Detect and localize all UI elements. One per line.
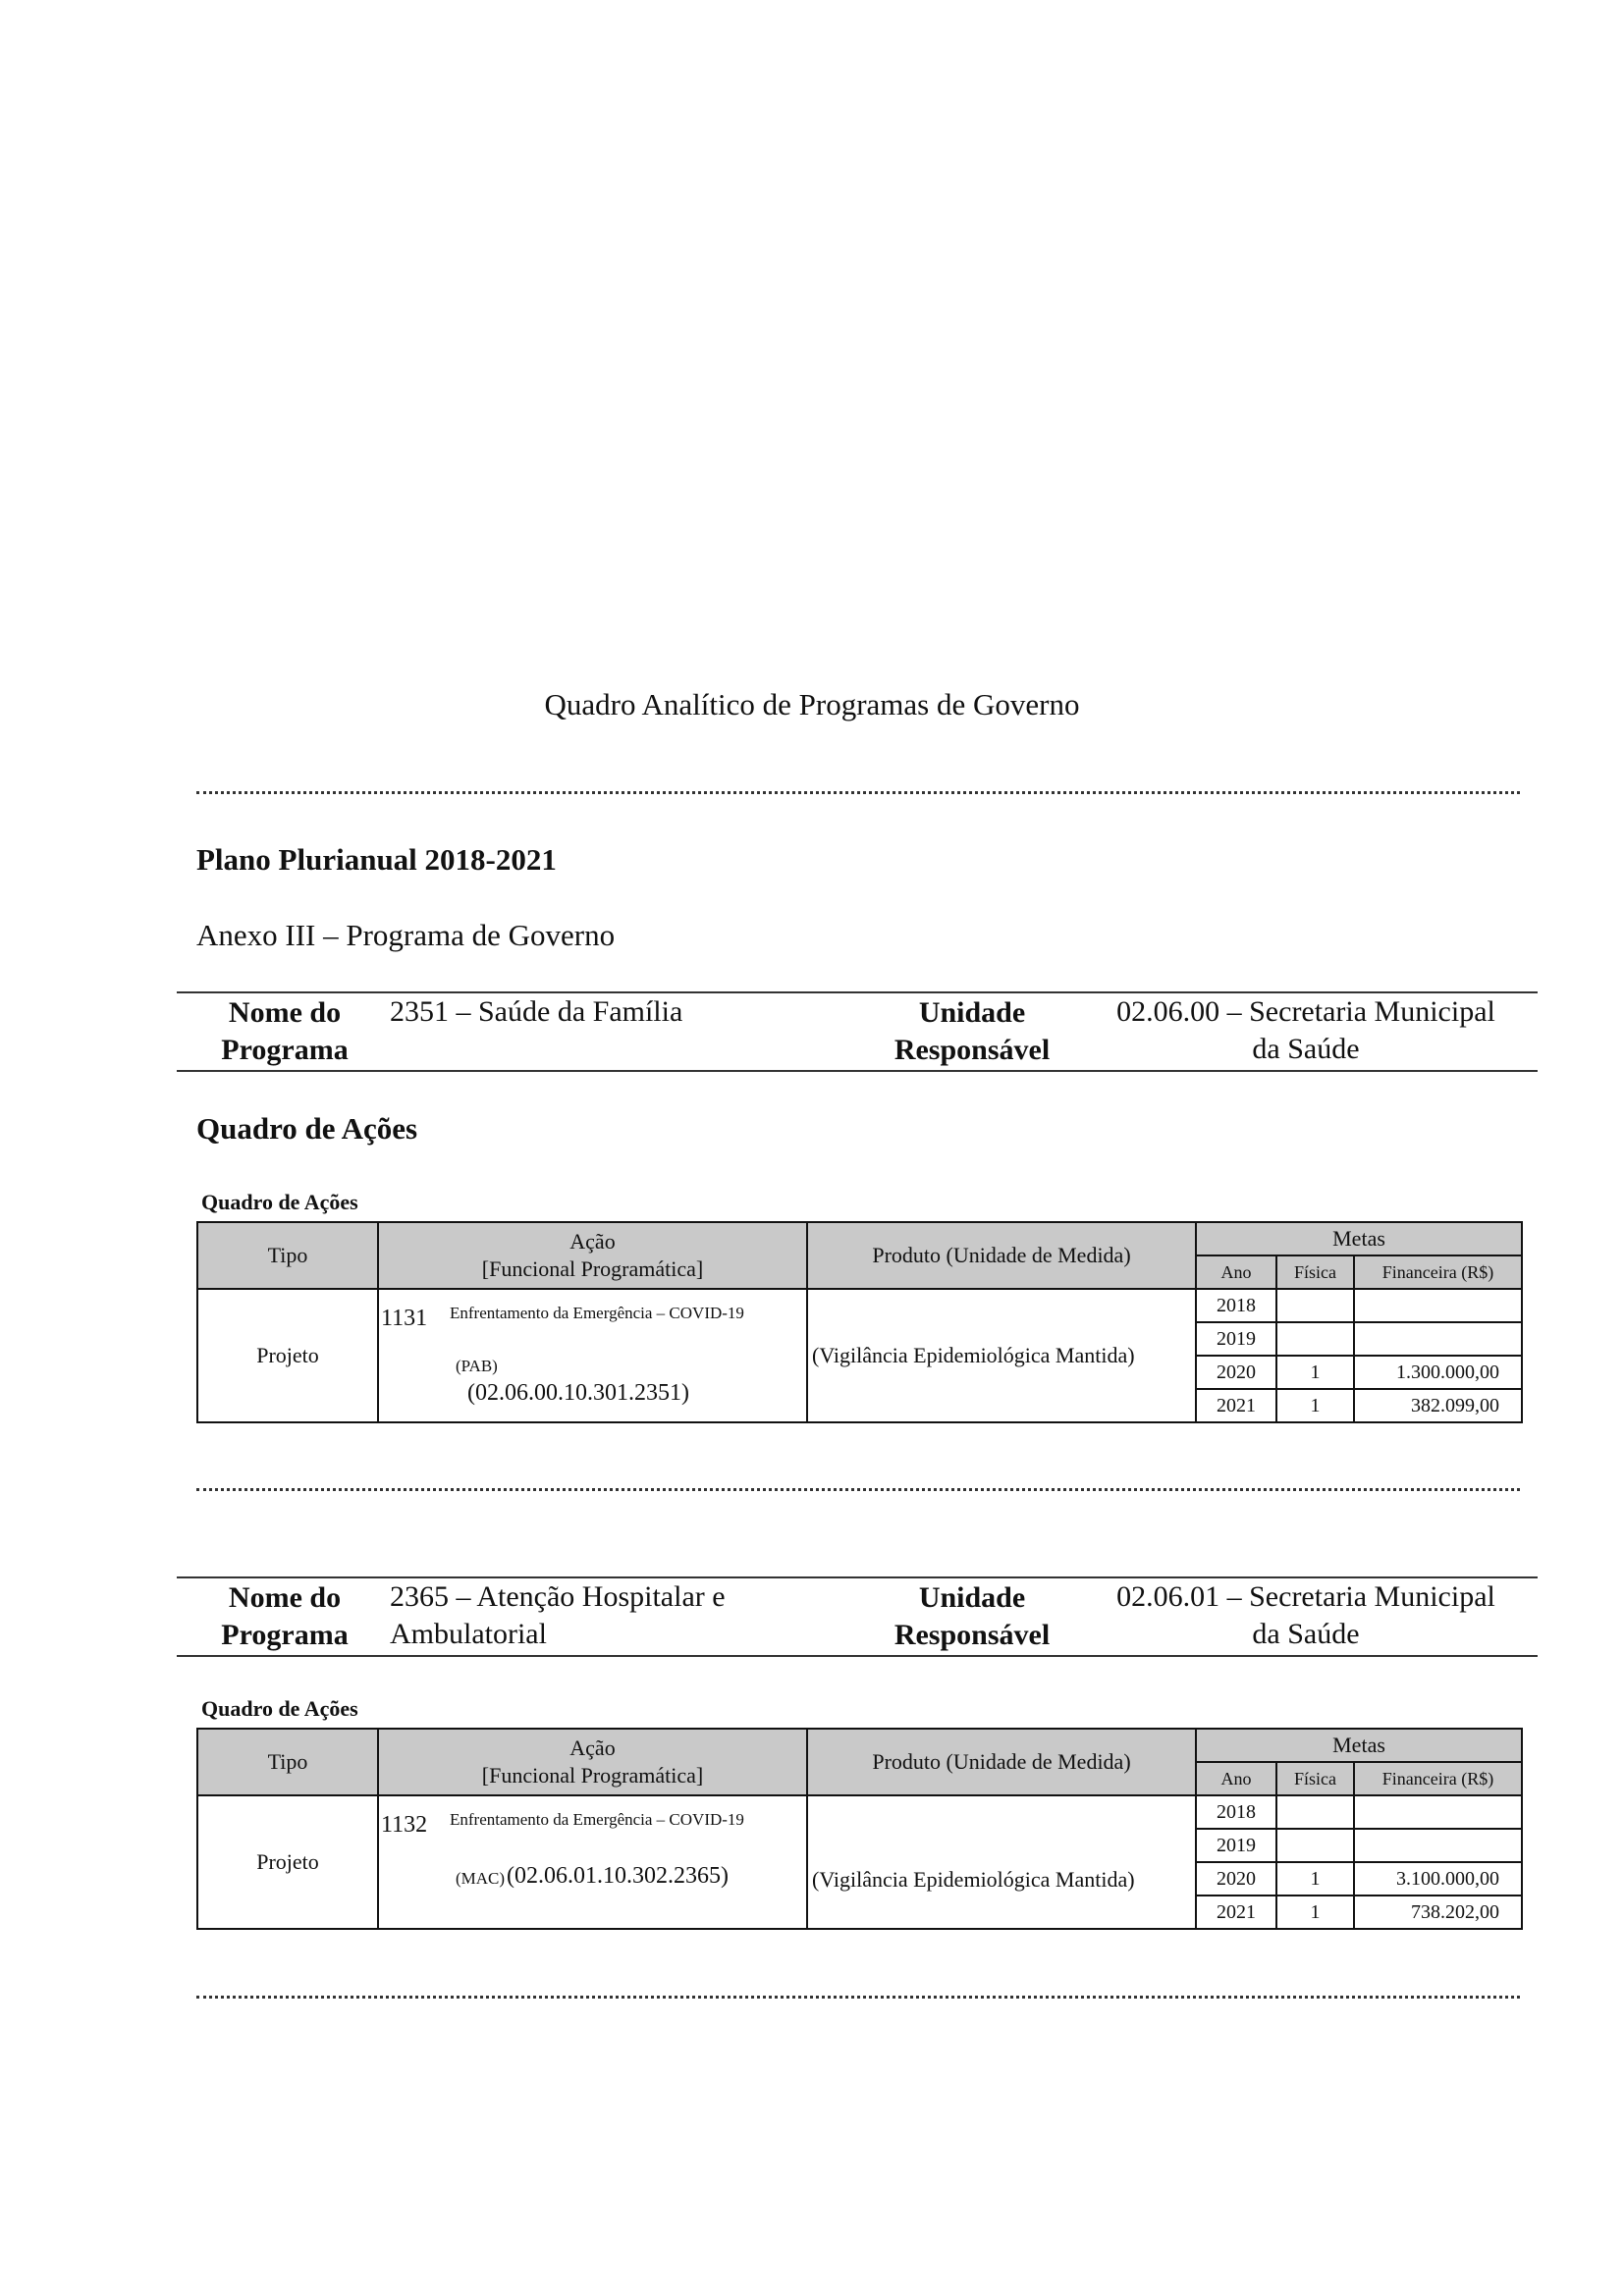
fisica-cell: 1 [1276, 1896, 1354, 1929]
program-header-1: Nome do Programa 2351 – Saúde da Família… [177, 991, 1538, 1072]
actions-table-2: Tipo Ação[Funcional Programática] Produt… [196, 1728, 1523, 1930]
col-metas: Metas [1196, 1222, 1522, 1255]
col-fisica: Física [1276, 1255, 1354, 1289]
col-tipo: Tipo [197, 1729, 378, 1795]
col-acao: Ação[Funcional Programática] [378, 1729, 807, 1795]
dotted-divider [196, 791, 1520, 794]
col-acao-line1: Ação [569, 1229, 615, 1254]
table-caption: Quadro de Ações [201, 1696, 358, 1722]
col-tipo: Tipo [197, 1222, 378, 1289]
financeira-cell [1354, 1795, 1522, 1829]
program-name-line: 2351 – Saúde da Família [390, 993, 682, 1031]
dotted-divider [196, 1996, 1520, 1999]
col-ano: Ano [1196, 1255, 1276, 1289]
fisica-cell: 1 [1276, 1356, 1354, 1389]
fisica-cell [1276, 1829, 1354, 1862]
produto-cell: (Vigilância Epidemiológica Mantida) [807, 1795, 1196, 1929]
label-line: Nome do [229, 1579, 341, 1617]
unit-line: da Saúde [1252, 1031, 1359, 1068]
action-code: 1132 [381, 1812, 427, 1839]
col-acao: Ação[Funcional Programática] [378, 1222, 807, 1289]
document-title: Quadro Analítico de Programas de Governo [0, 687, 1624, 722]
ano-cell: 2019 [1196, 1829, 1276, 1862]
program-name-line: Ambulatorial [390, 1616, 547, 1653]
financeira-cell [1354, 1829, 1522, 1862]
program-name-label: Nome do Programa [187, 1578, 383, 1655]
ano-cell: 2021 [1196, 1389, 1276, 1422]
action-source: (MAC) [456, 1869, 505, 1889]
ano-cell: 2018 [1196, 1795, 1276, 1829]
col-acao-line2: [Funcional Programática] [482, 1763, 703, 1788]
financeira-cell: 3.100.000,00 [1354, 1862, 1522, 1896]
col-acao-line1: Ação [569, 1735, 615, 1760]
annex-title: Anexo III – Programa de Governo [196, 918, 615, 953]
col-financeira: Financeira (R$) [1354, 1255, 1522, 1289]
action-code: 1131 [381, 1306, 427, 1332]
label-line: Nome do [229, 994, 341, 1032]
financeira-cell: 738.202,00 [1354, 1896, 1522, 1929]
program-name-line: 2365 – Atenção Hospitalar e [390, 1578, 726, 1616]
program-header-2: Nome do Programa 2365 – Atenção Hospital… [177, 1576, 1538, 1657]
unit-value: 02.06.01 – Secretaria Municipal da Saúde [1070, 1578, 1542, 1655]
fisica-cell: 1 [1276, 1389, 1354, 1422]
action-name: Enfrentamento da Emergência – COVID-19 [450, 1304, 744, 1323]
unit-line: 02.06.01 – Secretaria Municipal [1116, 1578, 1495, 1616]
plan-title: Plano Plurianual 2018-2021 [196, 842, 557, 878]
financeira-cell [1354, 1289, 1522, 1322]
financeira-cell: 382.099,00 [1354, 1389, 1522, 1422]
table-caption: Quadro de Ações [201, 1190, 358, 1215]
tipo-cell: Projeto [197, 1795, 378, 1929]
action-functional: (02.06.01.10.302.2365) [507, 1863, 729, 1890]
label-line: Programa [221, 1617, 348, 1654]
acao-cell: 1132 Enfrentamento da Emergência – COVID… [378, 1795, 807, 1929]
program-name-label: Nome do Programa [187, 993, 383, 1070]
unit-label: Unidade Responsável [844, 1578, 1100, 1655]
ano-cell: 2018 [1196, 1289, 1276, 1322]
ano-cell: 2021 [1196, 1896, 1276, 1929]
label-line: Programa [221, 1032, 348, 1069]
tipo-cell: Projeto [197, 1289, 378, 1422]
unit-line: 02.06.00 – Secretaria Municipal [1116, 993, 1495, 1031]
col-financeira: Financeira (R$) [1354, 1762, 1522, 1795]
label-line: Responsável [894, 1617, 1050, 1654]
fisica-cell [1276, 1795, 1354, 1829]
unit-label: Unidade Responsável [844, 993, 1100, 1070]
dotted-divider [196, 1488, 1520, 1491]
unit-line: da Saúde [1252, 1616, 1359, 1653]
label-line: Unidade [919, 1579, 1025, 1617]
fisica-cell [1276, 1289, 1354, 1322]
col-produto: Produto (Unidade de Medida) [807, 1729, 1196, 1795]
actions-table-1: Tipo Ação[Funcional Programática] Produt… [196, 1221, 1523, 1423]
col-produto: Produto (Unidade de Medida) [807, 1222, 1196, 1289]
col-metas: Metas [1196, 1729, 1522, 1762]
produto-cell: (Vigilância Epidemiológica Mantida) [807, 1289, 1196, 1422]
fisica-cell [1276, 1322, 1354, 1356]
fisica-cell: 1 [1276, 1862, 1354, 1896]
section-heading: Quadro de Ações [196, 1111, 417, 1147]
action-name: Enfrentamento da Emergência – COVID-19 [450, 1810, 744, 1830]
action-source: (PAB) [456, 1357, 498, 1376]
col-fisica: Física [1276, 1762, 1354, 1795]
col-acao-line2: [Funcional Programática] [482, 1256, 703, 1281]
col-ano: Ano [1196, 1762, 1276, 1795]
label-line: Unidade [919, 994, 1025, 1032]
ano-cell: 2020 [1196, 1862, 1276, 1896]
ano-cell: 2019 [1196, 1322, 1276, 1356]
ano-cell: 2020 [1196, 1356, 1276, 1389]
acao-cell: 1131 Enfrentamento da Emergência – COVID… [378, 1289, 807, 1422]
unit-value: 02.06.00 – Secretaria Municipal da Saúde [1070, 993, 1542, 1070]
financeira-cell [1354, 1322, 1522, 1356]
program-name-value: 2365 – Atenção Hospitalar e Ambulatorial [390, 1578, 841, 1655]
label-line: Responsável [894, 1032, 1050, 1069]
action-functional: (02.06.00.10.301.2351) [467, 1380, 689, 1407]
financeira-cell: 1.300.000,00 [1354, 1356, 1522, 1389]
